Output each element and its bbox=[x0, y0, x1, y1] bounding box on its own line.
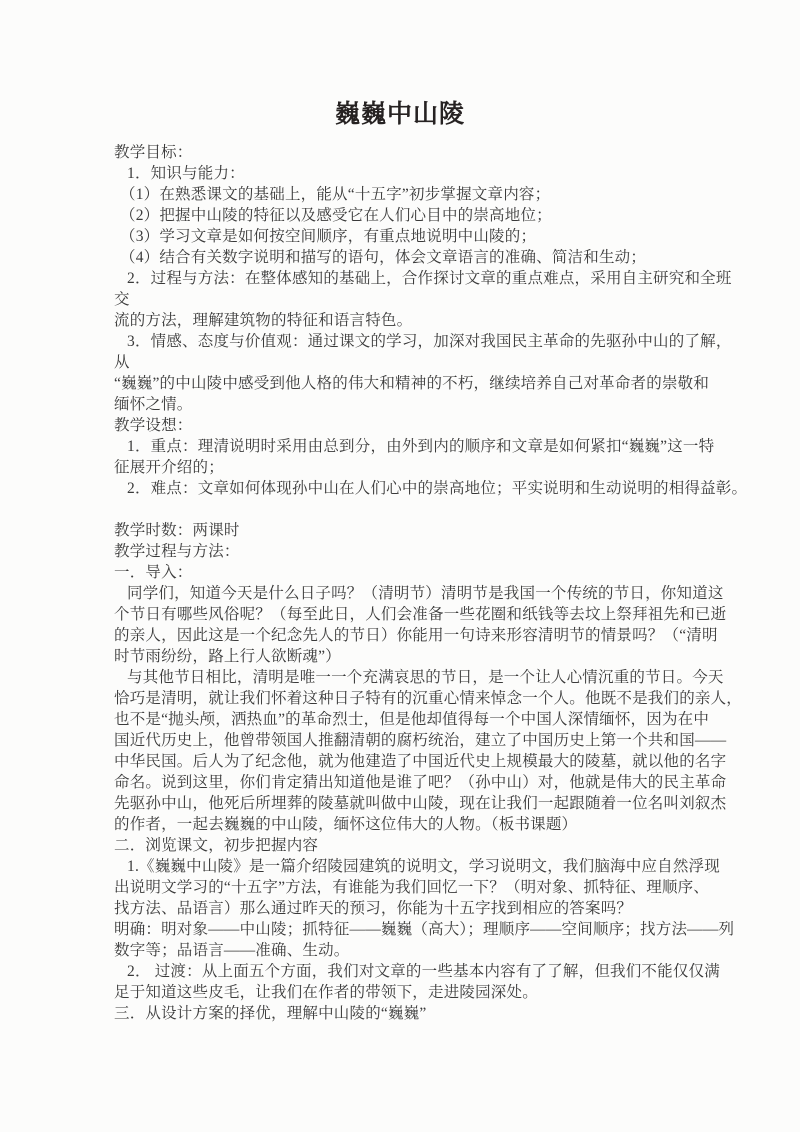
text-line: 一．导入： bbox=[114, 562, 760, 583]
text-line: 教学目标： bbox=[114, 142, 760, 163]
text-line: 2．难点：文章如何体现孙中山在人们心中的崇高地位；平实说明和生动说明的相得益彰。 bbox=[114, 478, 760, 499]
text-line: 1．重点：理清说明时采用由总到分，由外到内的顺序和文章是如何紧扣“巍巍”这一特 bbox=[114, 436, 760, 457]
text-line: 个节日有哪些风俗呢？（每至此日，人们会准备一些花圈和纸钱等去坟上祭拜祖先和已逝 bbox=[114, 604, 760, 625]
text-line: 征展开介绍的； bbox=[114, 457, 760, 478]
text-line: 与其他节日相比，清明是唯一一个充满哀思的节日，是一个让人心情沉重的节日。今天 bbox=[114, 667, 760, 688]
text-line: 从 bbox=[114, 352, 760, 373]
text-line: 明确：明对象——中山陵；抓特征——巍巍（高大）；理顺序——空间顺序；找方法——列 bbox=[114, 919, 760, 940]
text-line: 的亲人，因此这是一个纪念先人的节日）你能用一句诗来形容清明节的情景吗？（“清明 bbox=[114, 625, 760, 646]
text-line: 教学设想： bbox=[114, 415, 760, 436]
text-line: 的作者，一起去巍巍的中山陵，缅怀这位伟大的人物。（板书课题） bbox=[114, 814, 760, 835]
text-line: 1．知识与能力： bbox=[114, 163, 760, 184]
text-line: 数字等；品语言——准确、生动。 bbox=[114, 940, 760, 961]
text-line: 交 bbox=[114, 289, 760, 310]
text-line: 先驱孙中山，他死后所埋葬的陵墓就叫做中山陵，现在让我们一起跟随着一位名叫刘叙杰 bbox=[114, 793, 760, 814]
text-line: 国近代历史上，他曾带领国人推翻清朝的腐朽统治，建立了中国历史上第一个共和国—— bbox=[114, 730, 760, 751]
text-line: “巍巍”的中山陵中感受到他人格的伟大和精神的不朽，继续培养自己对革命者的崇敬和 bbox=[114, 373, 760, 394]
text-line: 中华民国。后人为了纪念他，就为他建造了中国近代史上规模最大的陵墓，就以他的名字 bbox=[114, 751, 760, 772]
text-line: 1.《巍巍中山陵》是一篇介绍陵园建筑的说明文，学习说明文，我们脑海中应自然浮现 bbox=[114, 856, 760, 877]
text-line: 出说明文学习的“十五字”方法，有谁能为我们回忆一下？（明对象、抓特征、理顺序、 bbox=[114, 877, 760, 898]
text-line: 流的方法，理解建筑物的特征和语言特色。 bbox=[114, 310, 760, 331]
text-line: 教学过程与方法： bbox=[114, 541, 760, 562]
text-line: 恰巧是清明，就让我们怀着这种日子特有的沉重心情来悼念一个人。他既不是我们的亲人， bbox=[114, 688, 760, 709]
text-line bbox=[114, 499, 760, 520]
document-title: 巍巍中山陵 bbox=[0, 0, 800, 130]
text-line: 2． 过渡：从上面五个方面，我们对文章的一些基本内容有了了解，但我们不能仅仅满 bbox=[114, 961, 760, 982]
text-line: 缅怀之情。 bbox=[114, 394, 760, 415]
document-page: 巍巍中山陵 教学目标：1．知识与能力：（1）在熟悉课文的基础上，能从“十五字”初… bbox=[0, 0, 800, 1132]
text-line: 足于知道这些皮毛，让我们在作者的带领下，走进陵园深处。 bbox=[114, 982, 760, 1003]
text-line: 二．浏览课文，初步把握内容 bbox=[114, 835, 760, 856]
text-line: （1）在熟悉课文的基础上，能从“十五字”初步掌握文章内容； bbox=[114, 184, 760, 205]
text-line: 同学们，知道今天是什么日子吗？（清明节）清明节是我国一个传统的节日，你知道这 bbox=[114, 583, 760, 604]
text-line: 时节雨纷纷，路上行人欲断魂”） bbox=[114, 646, 760, 667]
text-line: （3）学习文章是如何按空间顺序，有重点地说明中山陵的； bbox=[114, 226, 760, 247]
text-line: 教学时数：两课时 bbox=[114, 520, 760, 541]
text-line: 也不是“抛头颅，洒热血”的革命烈士，但是他却值得每一个中国人深情缅怀，因为在中 bbox=[114, 709, 760, 730]
document-body: 教学目标：1．知识与能力：（1）在熟悉课文的基础上，能从“十五字”初步掌握文章内… bbox=[0, 142, 800, 1024]
text-line: 2．过程与方法：在整体感知的基础上，合作探讨文章的重点难点，采用自主研究和全班 bbox=[114, 268, 760, 289]
text-line: 三．从设计方案的择优，理解中山陵的“巍巍” bbox=[114, 1003, 760, 1024]
text-line: 3．情感、态度与价值观：通过课文的学习，加深对我国民主革命的先驱孙中山的了解， bbox=[114, 331, 760, 352]
text-line: 命名。说到这里，你们肯定猜出知道他是谁了吧？（孙中山）对，他就是伟大的民主革命 bbox=[114, 772, 760, 793]
text-line: （4）结合有关数字说明和描写的语句，体会文章语言的准确、简洁和生动； bbox=[114, 247, 760, 268]
text-line: 找方法、品语言）那么通过昨天的预习，你能为十五字找到相应的答案吗？ bbox=[114, 898, 760, 919]
text-line: （2）把握中山陵的特征以及感受它在人们心目中的崇高地位； bbox=[114, 205, 760, 226]
